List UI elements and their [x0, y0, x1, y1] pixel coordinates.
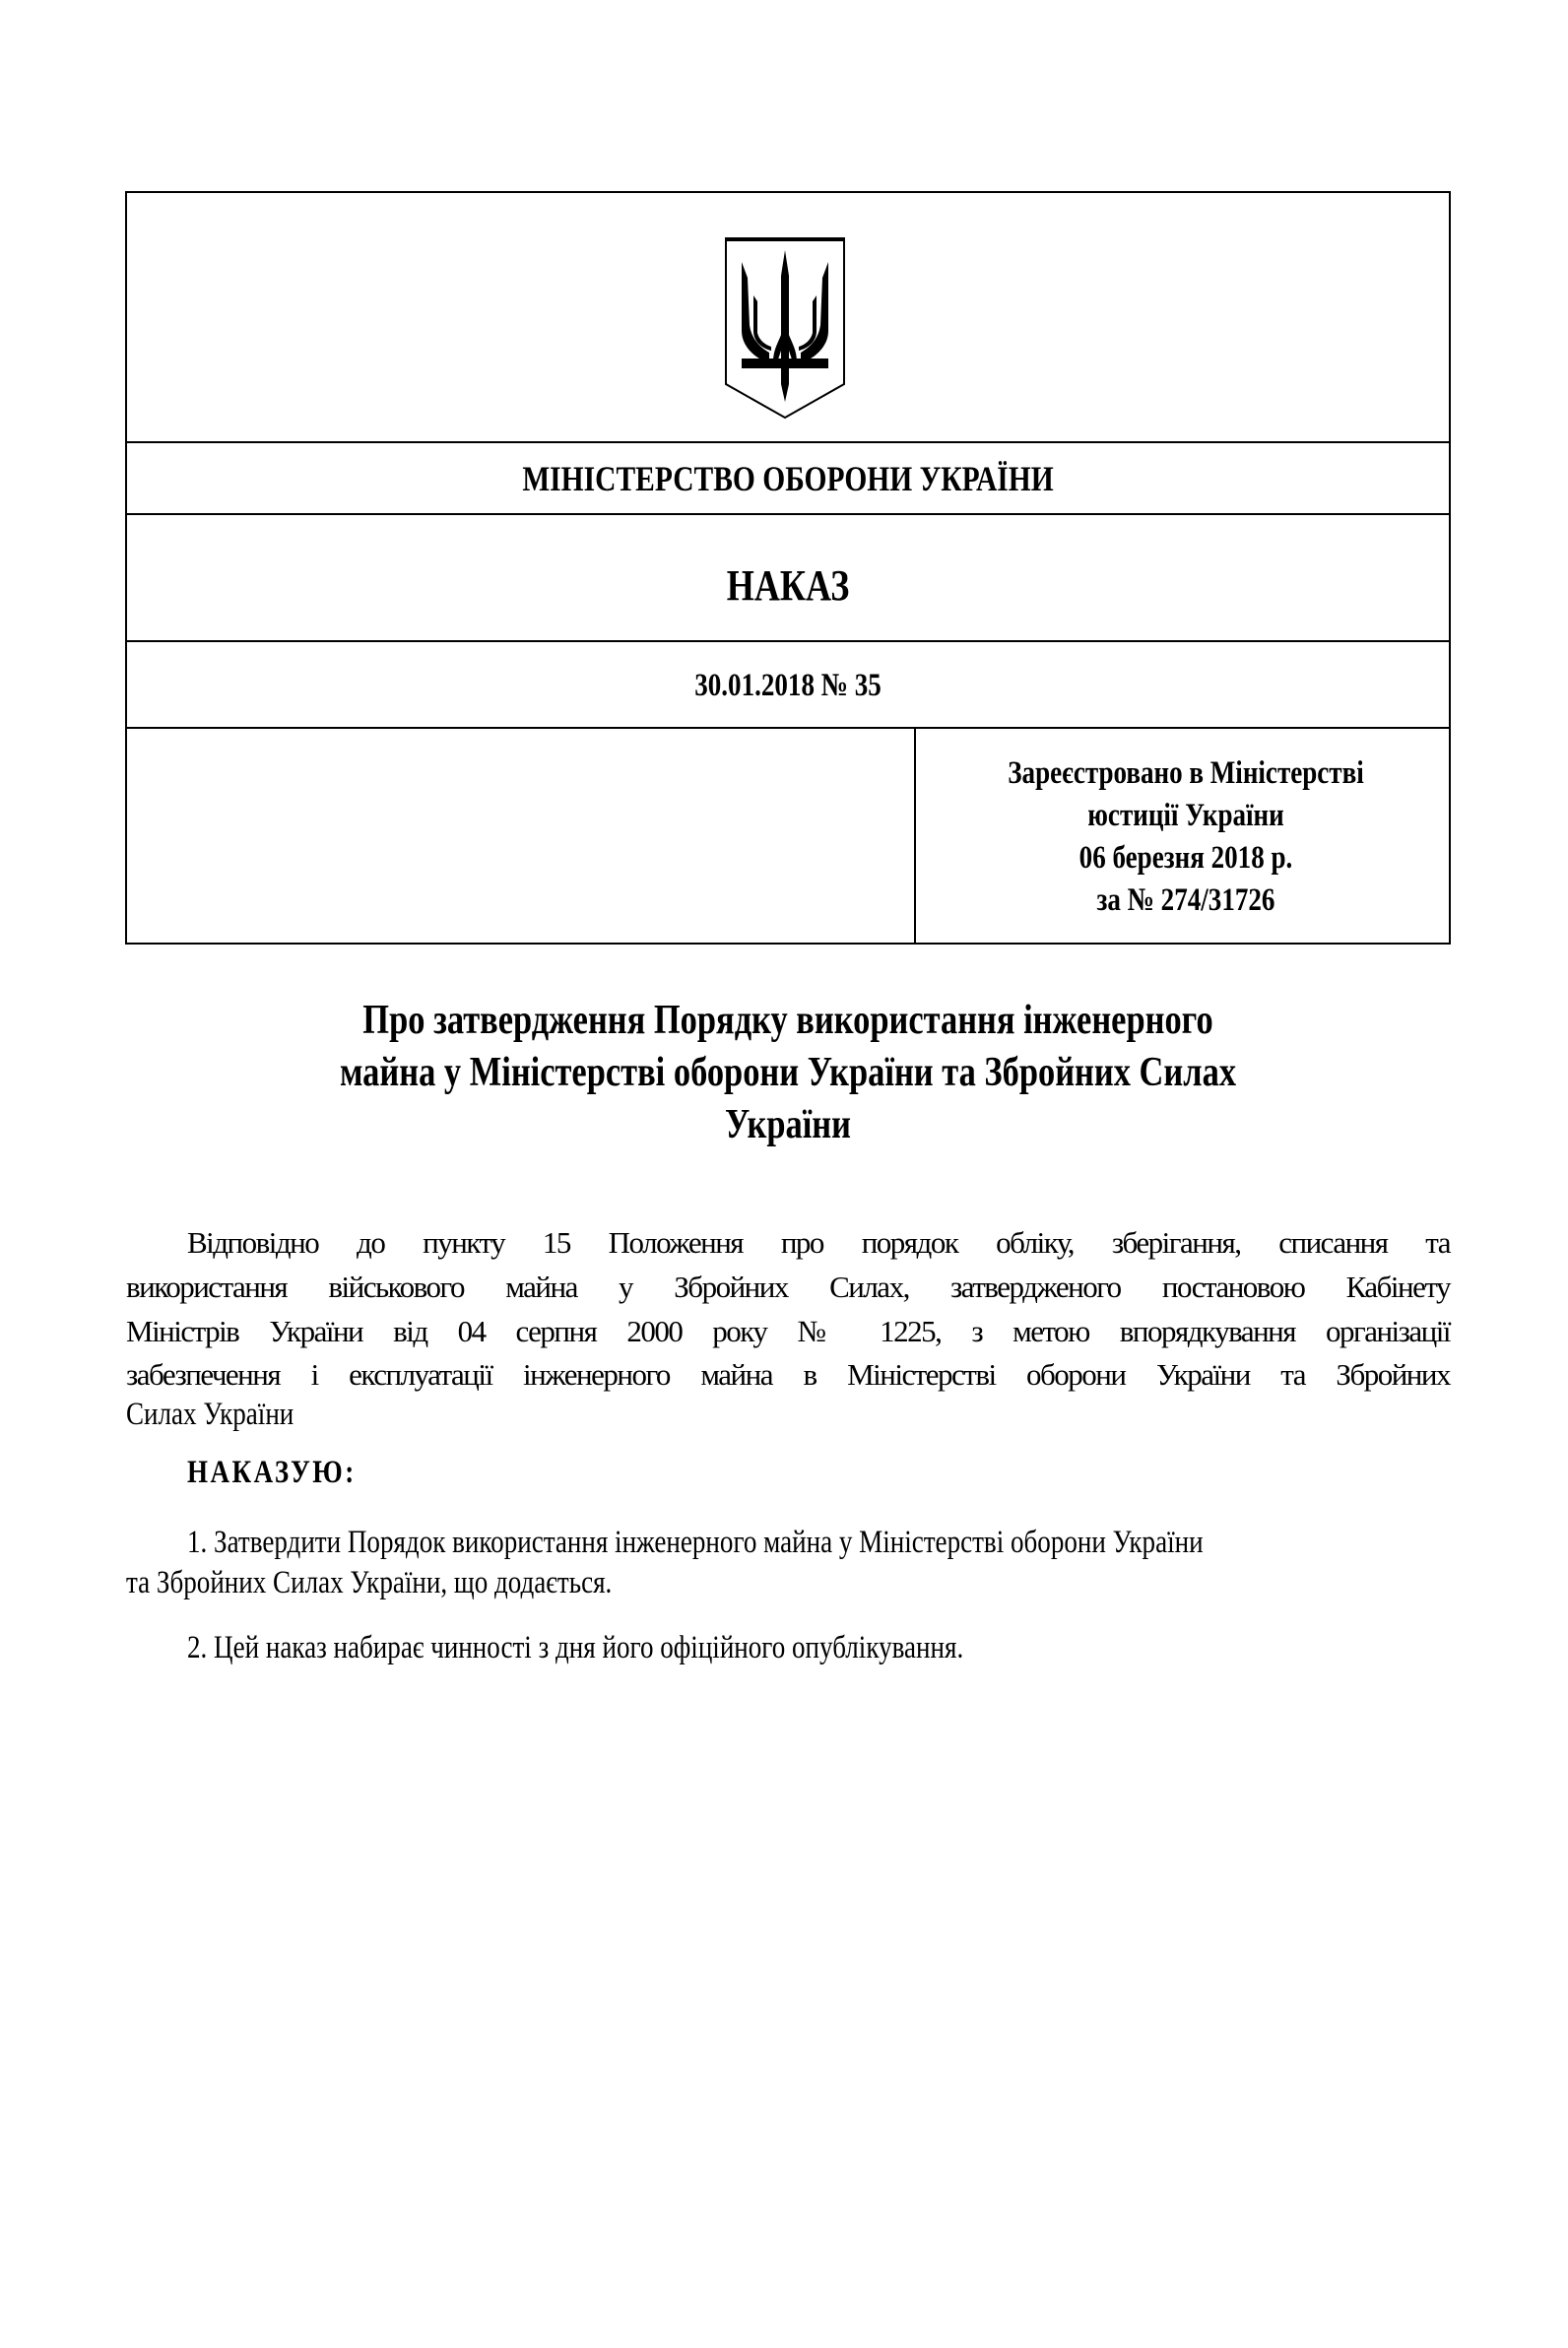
- title-line: України: [288, 1099, 1289, 1151]
- table-column-divider: [914, 727, 916, 945]
- preamble-line: використання військового майна у Збройни…: [126, 1266, 1450, 1309]
- preamble-line: Відповідно до пункту 15 Положення про по…: [187, 1221, 1450, 1265]
- preamble-line: забезпечення і експлуатації інженерного …: [126, 1353, 1450, 1397]
- preamble-line: Силах України: [126, 1393, 294, 1436]
- document-type: НАКАЗ: [244, 561, 1332, 611]
- table-row-divider: [125, 727, 1451, 729]
- document-title: Про затвердження Порядку використання ін…: [288, 995, 1289, 1151]
- title-line: Про затвердження Порядку використання ін…: [288, 995, 1289, 1047]
- table-border-top: [125, 191, 1451, 193]
- table-border-bottom: [125, 943, 1451, 945]
- order-date-number: 30.01.2018 № 35: [244, 666, 1332, 705]
- order-directive: НАКАЗУЮ:: [187, 1451, 357, 1494]
- title-line: майна у Міністерстві оборони України та …: [288, 1047, 1289, 1099]
- order-item-line: 2. Цей наказ набирає чинності з дня його…: [187, 1626, 963, 1669]
- ministry-name: МІНІСТЕРСТВО ОБОРОНИ УКРАЇНИ: [244, 459, 1332, 498]
- table-row-divider: [125, 513, 1451, 515]
- registration-stamp: Зареєстровано в Міністерстві юстиції Укр…: [921, 752, 1451, 922]
- registration-line: юстиції України: [968, 795, 1403, 837]
- table-row-divider: [125, 441, 1451, 443]
- table-border-left: [125, 191, 127, 945]
- ukraine-trident-emblem-icon: [724, 236, 846, 420]
- registration-line: Зареєстровано в Міністерстві: [968, 752, 1403, 795]
- registration-line: за № 274/31726: [968, 880, 1403, 922]
- registration-line: 06 березня 2018 р.: [968, 837, 1403, 880]
- order-item-line: та Збройних Силах України, що додається.: [126, 1561, 612, 1604]
- order-item-line: 1. Затвердити Порядок використання інжен…: [187, 1521, 1204, 1564]
- table-row-divider: [125, 640, 1451, 642]
- preamble-line: Міністрів України від 04 серпня 2000 рок…: [126, 1310, 1450, 1353]
